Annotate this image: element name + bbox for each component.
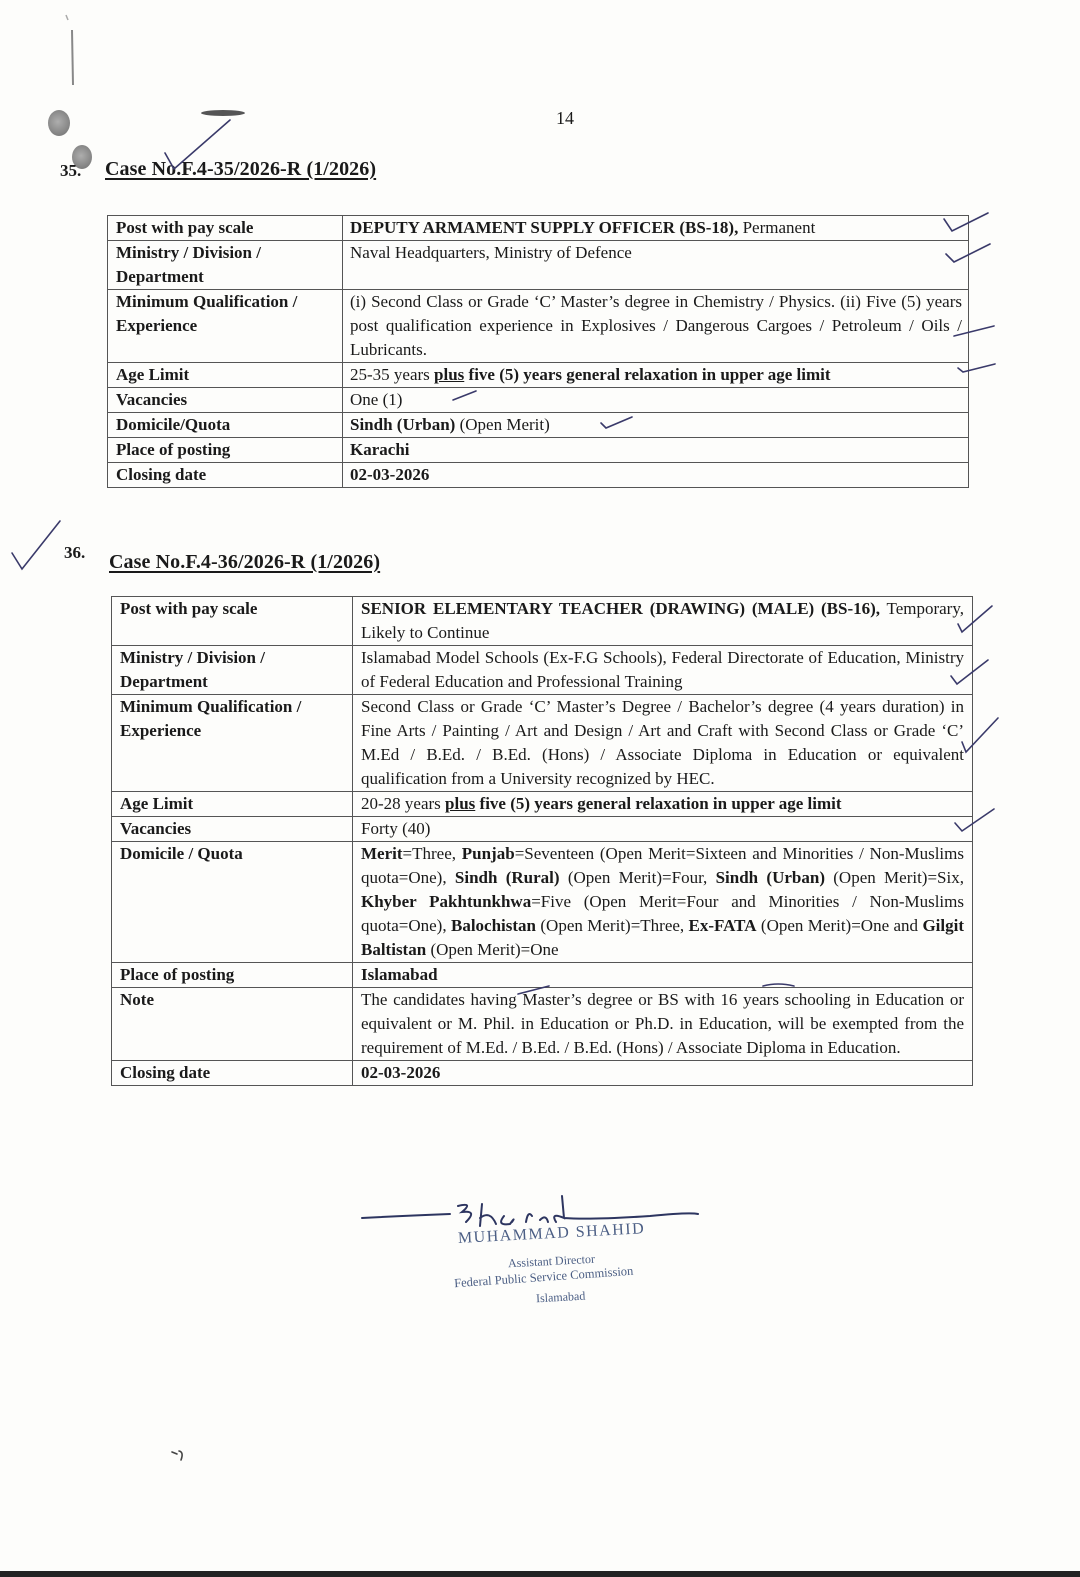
row-label: Ministry / Division / Department bbox=[112, 646, 353, 695]
table-row-posting: Place of posting Karachi bbox=[108, 438, 969, 463]
table-row-posting: Place of posting Islamabad bbox=[112, 963, 973, 988]
quota-detail: (Open Merit)=Six, bbox=[825, 868, 964, 887]
signatory-city: Islamabad bbox=[536, 1289, 586, 1307]
row-value: DEPUTY ARMAMENT SUPPLY OFFICER (BS-18), … bbox=[343, 216, 969, 241]
row-value: The candidates having Master’s degree or… bbox=[353, 988, 973, 1061]
row-value: 02-03-2026 bbox=[353, 1061, 973, 1086]
table-row-qualification: Minimum Qualification / Experience (i) S… bbox=[108, 290, 969, 363]
signature-block: MUHAMMAD SHAHID Assistant Director Feder… bbox=[350, 1192, 710, 1322]
row-value: 20-28 years plus five (5) years general … bbox=[353, 792, 973, 817]
page-number: 14 bbox=[556, 108, 574, 129]
checkmark-icon bbox=[8, 515, 68, 575]
table-row-ministry: Ministry / Division / Department Naval H… bbox=[108, 241, 969, 290]
table-row-qualification: Minimum Qualification / Experience Secon… bbox=[112, 695, 973, 792]
quota-detail: (Open Merit)=Three, bbox=[536, 916, 689, 935]
table-row-age: Age Limit 25-35 years plus five (5) year… bbox=[108, 363, 969, 388]
row-label: Ministry / Division / Department bbox=[108, 241, 343, 290]
table-row-closing: Closing date 02-03-2026 bbox=[112, 1061, 973, 1086]
quota-detail: =Three, bbox=[403, 844, 462, 863]
row-value: One (1) bbox=[343, 388, 969, 413]
age-plus: plus bbox=[434, 365, 464, 384]
age-range: 25-35 years bbox=[350, 365, 434, 384]
row-label: Age Limit bbox=[112, 792, 353, 817]
row-value: 02-03-2026 bbox=[343, 463, 969, 488]
row-value: Merit=Three, Punjab=Seventeen (Open Meri… bbox=[353, 842, 973, 963]
stray-mark bbox=[170, 1448, 190, 1464]
row-value: Islamabad bbox=[353, 963, 973, 988]
row-value: Sindh (Urban) (Open Merit) bbox=[343, 413, 969, 438]
row-value: Forty (40) bbox=[353, 817, 973, 842]
smudge-mark bbox=[195, 105, 255, 125]
row-label: Vacancies bbox=[108, 388, 343, 413]
row-label: Place of posting bbox=[108, 438, 343, 463]
row-label: Domicile/Quota bbox=[108, 413, 343, 438]
post-title: SENIOR ELEMENTARY TEACHER (DRAWING) (MAL… bbox=[361, 599, 880, 618]
row-label: Closing date bbox=[112, 1061, 353, 1086]
age-plus: plus bbox=[445, 794, 475, 813]
table-row-domicile: Domicile / Quota Merit=Three, Punjab=Sev… bbox=[112, 842, 973, 963]
table-row-ministry: Ministry / Division / Department Islamab… bbox=[112, 646, 973, 695]
row-value: Second Class or Grade ‘C’ Master’s Degre… bbox=[353, 695, 973, 792]
quota-region: Balochistan bbox=[451, 916, 536, 935]
row-label: Note bbox=[112, 988, 353, 1061]
case-title: Case No.F.4-36/2026-R (1/2026) bbox=[109, 551, 380, 574]
table-row-vacancies: Vacancies Forty (40) bbox=[112, 817, 973, 842]
age-range: 20-28 years bbox=[361, 794, 445, 813]
signatory-name: MUHAMMAD SHAHID bbox=[458, 1220, 646, 1248]
punch-hole-mark bbox=[48, 110, 70, 136]
row-value: 25-35 years plus five (5) years general … bbox=[343, 363, 969, 388]
case-serial: 35. bbox=[60, 161, 81, 181]
quota-region: Sindh (Urban) bbox=[716, 868, 825, 887]
row-label: Closing date bbox=[108, 463, 343, 488]
post-title: DEPUTY ARMAMENT SUPPLY OFFICER (BS-18), bbox=[350, 218, 738, 237]
row-label: Vacancies bbox=[112, 817, 353, 842]
age-relaxation: five (5) years general relaxation in upp… bbox=[464, 365, 830, 384]
row-value: Naval Headquarters, Ministry of Defence bbox=[343, 241, 969, 290]
table-row-note: Note The candidates having Master’s degr… bbox=[112, 988, 973, 1061]
quota-detail: (Open Merit)=Four, bbox=[560, 868, 716, 887]
quota-region: Sindh (Rural) bbox=[455, 868, 560, 887]
row-value: Karachi bbox=[343, 438, 969, 463]
table-row-domicile: Domicile/Quota Sindh (Urban) (Open Merit… bbox=[108, 413, 969, 438]
post-status: Permanent bbox=[738, 218, 815, 237]
quota-detail: (Open Merit)=One bbox=[426, 940, 558, 959]
row-label: Minimum Qualification / Experience bbox=[108, 290, 343, 363]
table-row-post: Post with pay scale DEPUTY ARMAMENT SUPP… bbox=[108, 216, 969, 241]
row-label: Post with pay scale bbox=[112, 597, 353, 646]
row-value: (i) Second Class or Grade ‘C’ Master’s d… bbox=[343, 290, 969, 363]
case-table-35: Post with pay scale DEPUTY ARMAMENT SUPP… bbox=[107, 215, 969, 488]
row-label: Domicile / Quota bbox=[112, 842, 353, 963]
quota-region: Merit bbox=[361, 844, 403, 863]
domicile-region: Sindh (Urban) bbox=[350, 415, 455, 434]
table-row-post: Post with pay scale SENIOR ELEMENTARY TE… bbox=[112, 597, 973, 646]
row-label: Post with pay scale bbox=[108, 216, 343, 241]
table-row-closing: Closing date 02-03-2026 bbox=[108, 463, 969, 488]
quota-region: Khyber Pakhtunkhwa bbox=[361, 892, 531, 911]
quota-region: Ex-FATA bbox=[689, 916, 757, 935]
case-serial: 36. bbox=[64, 543, 85, 563]
row-value: Islamabad Model Schools (Ex-F.G Schools)… bbox=[353, 646, 973, 695]
row-value: SENIOR ELEMENTARY TEACHER (DRAWING) (MAL… bbox=[353, 597, 973, 646]
quota-region: Punjab bbox=[462, 844, 515, 863]
case-title: Case No.F.4-35/2026-R (1/2026) bbox=[105, 158, 376, 181]
age-relaxation: five (5) years general relaxation in upp… bbox=[475, 794, 841, 813]
table-row-vacancies: Vacancies One (1) bbox=[108, 388, 969, 413]
domicile-quota: (Open Merit) bbox=[455, 415, 549, 434]
quota-detail: (Open Merit)=One and bbox=[757, 916, 923, 935]
row-label: Age Limit bbox=[108, 363, 343, 388]
row-label: Minimum Qualification / Experience bbox=[112, 695, 353, 792]
margin-line-mark bbox=[60, 10, 90, 120]
row-label: Place of posting bbox=[112, 963, 353, 988]
scan-edge bbox=[0, 1571, 1080, 1577]
table-row-age: Age Limit 20-28 years plus five (5) year… bbox=[112, 792, 973, 817]
case-table-36: Post with pay scale SENIOR ELEMENTARY TE… bbox=[111, 596, 973, 1086]
